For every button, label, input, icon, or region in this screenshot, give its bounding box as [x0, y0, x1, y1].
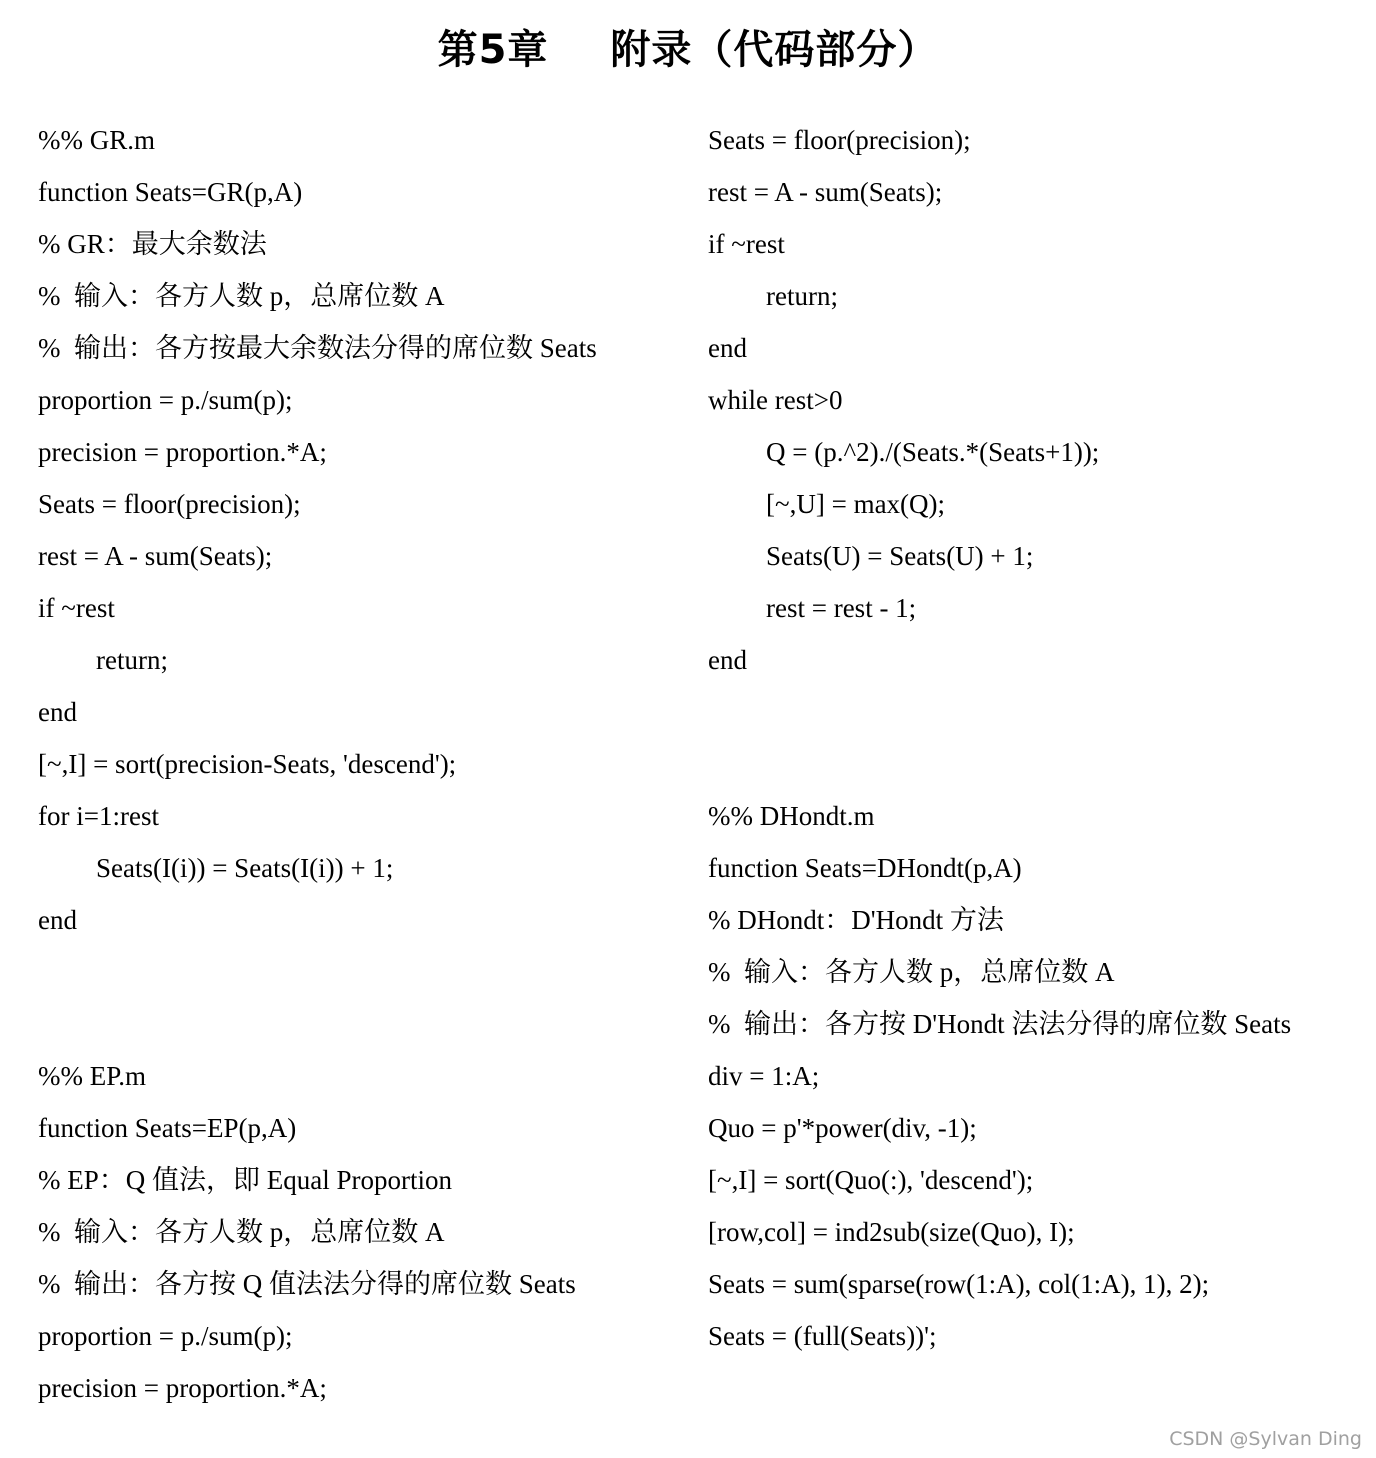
code-line: function Seats=EP(p,A) [38, 1102, 678, 1154]
code-line: proportion = p./sum(p); [38, 1310, 678, 1362]
code-line: function Seats=GR(p,A) [38, 166, 678, 218]
code-line: %% GR.m [38, 114, 678, 166]
code-line: end [38, 686, 678, 738]
code-line: % EP：Q 值法，即 Equal Proportion [38, 1154, 678, 1206]
code-column-left: %% GR.mfunction Seats=GR(p,A)% GR：最大余数法%… [38, 114, 678, 1414]
code-line: return; [38, 634, 678, 686]
code-line: proportion = p./sum(p); [38, 374, 678, 426]
code-line: function Seats=DHondt(p,A) [708, 842, 1368, 894]
code-line: Seats = floor(precision); [38, 478, 678, 530]
code-line: Seats(I(i)) = Seats(I(i)) + 1; [38, 842, 678, 894]
code-line: % DHondt：D'Hondt 方法 [708, 894, 1368, 946]
blank-line [38, 998, 678, 1050]
code-line: while rest>0 [708, 374, 1368, 426]
page-title: 第5章附录（代码部分） [0, 22, 1376, 78]
code-line: rest = rest - 1; [708, 582, 1368, 634]
code-line: rest = A - sum(Seats); [38, 530, 678, 582]
code-line: Quo = p'*power(div, -1); [708, 1102, 1368, 1154]
code-column-right: Seats = floor(precision);rest = A - sum(… [708, 114, 1368, 1362]
code-line: %% DHondt.m [708, 790, 1368, 842]
code-line: %% EP.m [38, 1050, 678, 1102]
code-line: end [708, 634, 1368, 686]
code-line: % 输入：各方人数 p，总席位数 A [38, 270, 678, 322]
code-line: % 输出：各方按 Q 值法法分得的席位数 Seats [38, 1258, 678, 1310]
code-line: [~,I] = sort(precision-Seats, 'descend')… [38, 738, 678, 790]
code-line: div = 1:A; [708, 1050, 1368, 1102]
blank-line [708, 738, 1368, 790]
blank-line [708, 686, 1368, 738]
code-line: if ~rest [708, 218, 1368, 270]
code-line: % 输出：各方按最大余数法分得的席位数 Seats [38, 322, 678, 374]
chapter-heading: 附录（代码部分） [610, 27, 938, 73]
chapter-number: 第5章 [438, 27, 549, 73]
code-line: rest = A - sum(Seats); [708, 166, 1368, 218]
code-line: end [708, 322, 1368, 374]
code-line: % 输出：各方按 D'Hondt 法法分得的席位数 Seats [708, 998, 1368, 1050]
code-line: Seats = (full(Seats))'; [708, 1310, 1368, 1362]
code-line: Seats = sum(sparse(row(1:A), col(1:A), 1… [708, 1258, 1368, 1310]
blank-line [38, 946, 678, 998]
code-line: [~,U] = max(Q); [708, 478, 1368, 530]
code-line: Seats = floor(precision); [708, 114, 1368, 166]
code-line: if ~rest [38, 582, 678, 634]
code-line: [~,I] = sort(Quo(:), 'descend'); [708, 1154, 1368, 1206]
code-line: end [38, 894, 678, 946]
code-line: return; [708, 270, 1368, 322]
code-line: Seats(U) = Seats(U) + 1; [708, 530, 1368, 582]
code-line: for i=1:rest [38, 790, 678, 842]
code-line: % 输入：各方人数 p，总席位数 A [38, 1206, 678, 1258]
code-line: precision = proportion.*A; [38, 1362, 678, 1414]
watermark: CSDN @Sylvan Ding [1169, 1428, 1362, 1450]
code-line: % GR：最大余数法 [38, 218, 678, 270]
code-line: Q = (p.^2)./(Seats.*(Seats+1)); [708, 426, 1368, 478]
code-line: precision = proportion.*A; [38, 426, 678, 478]
code-line: [row,col] = ind2sub(size(Quo), I); [708, 1206, 1368, 1258]
code-line: % 输入：各方人数 p，总席位数 A [708, 946, 1368, 998]
